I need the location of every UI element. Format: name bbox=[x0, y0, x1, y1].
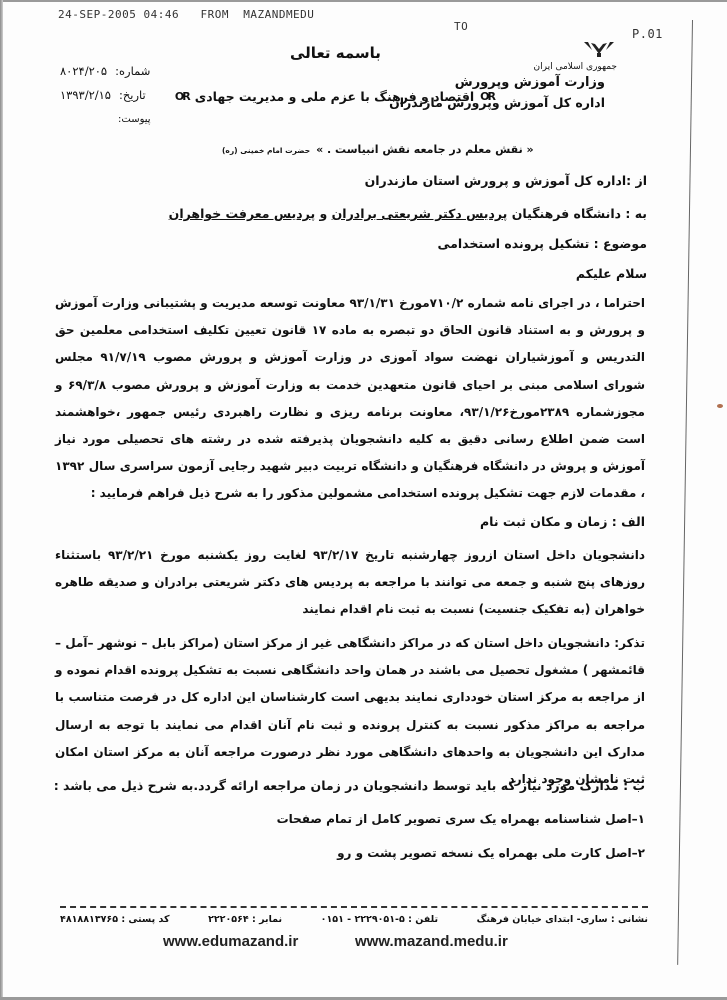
to-campus-brothers: پردیس دکتر شریعتی برادران bbox=[332, 206, 508, 221]
iran-emblem-icon bbox=[582, 40, 616, 58]
fax-to: TO bbox=[454, 20, 468, 33]
date-label: تاریخ: bbox=[119, 88, 146, 102]
quote-attribution: حضرت امام خمینی (ره) bbox=[222, 146, 310, 155]
website-link-mazand-medu[interactable]: www.mazand.medu.ir bbox=[355, 933, 508, 950]
required-document-item: ۲–اصل کارت ملی بهمراه یک نسخه تصویر پشت … bbox=[337, 846, 645, 860]
section-a-paragraph: دانشجویان داخل استان ازروز چهارشنبه تاری… bbox=[55, 542, 645, 624]
required-document-item: ۱–اصل شناسنامه بهمراه یک سری تصویر کامل … bbox=[277, 812, 645, 826]
fax-from: FROM MAZANDMEDU bbox=[200, 8, 314, 21]
quote-text: « نقش معلم در جامعه نقش انبیاست . » bbox=[316, 143, 534, 156]
slogan-text: اقتصاد و فرهنگ با عزم ملی و مدیریت جهادی bbox=[195, 89, 474, 104]
note-paragraph: تذکر: دانشجویان داخل استان که در مراکز د… bbox=[55, 630, 645, 793]
subject-line: موضوع : تشکیل پرونده استخدامی bbox=[438, 236, 648, 251]
slogan-logo-icon: OR bbox=[480, 90, 494, 103]
fax-header-line: 24-SEP-2005 04:46 FROM MAZANDMEDU bbox=[58, 8, 314, 21]
footer-postal-code: کد پستی : ۴۸۱۸۸۱۳۷۶۵ bbox=[60, 914, 169, 925]
republic-label: جمهوری اسلامی ایران bbox=[534, 62, 618, 72]
slogan: OR اقتصاد و فرهنگ با عزم ملی و مدیریت جه… bbox=[175, 89, 494, 104]
footer-phone: تلفن : ۵-۲۲۲۹۰۵۱ - ۰۱۵۱ bbox=[321, 914, 438, 925]
bismillah-heading: باسمه تعالی bbox=[290, 44, 381, 62]
margin-rule-right bbox=[677, 20, 693, 965]
fax-page-number: P.01 bbox=[632, 27, 663, 41]
to-campus-sisters: پردیس معرفت خواهران bbox=[169, 206, 315, 221]
footer-address: نشانی : ساری- ابتدای خیابان فرهنگ bbox=[477, 914, 648, 925]
letter-date: تاریخ: ۱۳۹۳/۲/۱۵ bbox=[60, 88, 146, 102]
letter-number: شماره: ۸۰۲۴/۲۰۵ bbox=[60, 64, 150, 78]
footer-divider bbox=[60, 906, 648, 908]
number-label: شماره: bbox=[115, 64, 150, 78]
greeting: سلام علیکم bbox=[576, 266, 647, 281]
from-line: از :اداره کل آموزش و پرورش استان مازندرا… bbox=[365, 173, 647, 188]
to-line: به : دانشگاه فرهنگیان پردیس دکتر شریعتی … bbox=[169, 206, 647, 221]
attachment-label: پیوست: bbox=[118, 114, 151, 125]
body-paragraph-intro: احتراما ، در اجرای نامه شماره ۷۱۰/۲مورخ … bbox=[55, 290, 645, 508]
quote: « نقش معلم در جامعه نقش انبیاست . » حضرت… bbox=[222, 143, 534, 156]
page-edge-left bbox=[0, 0, 3, 1000]
number-value: ۸۰۲۴/۲۰۵ bbox=[60, 64, 107, 78]
ink-stain bbox=[717, 404, 723, 408]
footer-contact: نشانی : ساری- ابتدای خیابان فرهنگ تلفن :… bbox=[60, 914, 648, 925]
slogan-logo-icon-left: OR bbox=[175, 90, 189, 103]
footer-fax: نمابر : ۲۲۲۰۵۶۴ bbox=[208, 914, 282, 925]
date-value: ۱۳۹۳/۲/۱۵ bbox=[60, 88, 111, 102]
page-edge-top bbox=[0, 0, 727, 2]
scanned-letter-page: 24-SEP-2005 04:46 FROM MAZANDMEDU TO P.0… bbox=[0, 0, 727, 1000]
section-a-heading: الف : زمان و مکان ثبت نام bbox=[480, 514, 645, 529]
to-prefix: به : دانشگاه فرهنگیان bbox=[507, 206, 647, 221]
ministry-name: وزارت آموزش وپرورش bbox=[455, 75, 605, 90]
section-b-heading: ب : مدارک مورد نیاز که باید توسط دانشجوی… bbox=[54, 778, 645, 793]
fax-timestamp: 24-SEP-2005 04:46 bbox=[58, 8, 179, 21]
to-joiner: و bbox=[315, 206, 331, 221]
website-link-edumazand[interactable]: www.edumazand.ir bbox=[163, 933, 298, 950]
